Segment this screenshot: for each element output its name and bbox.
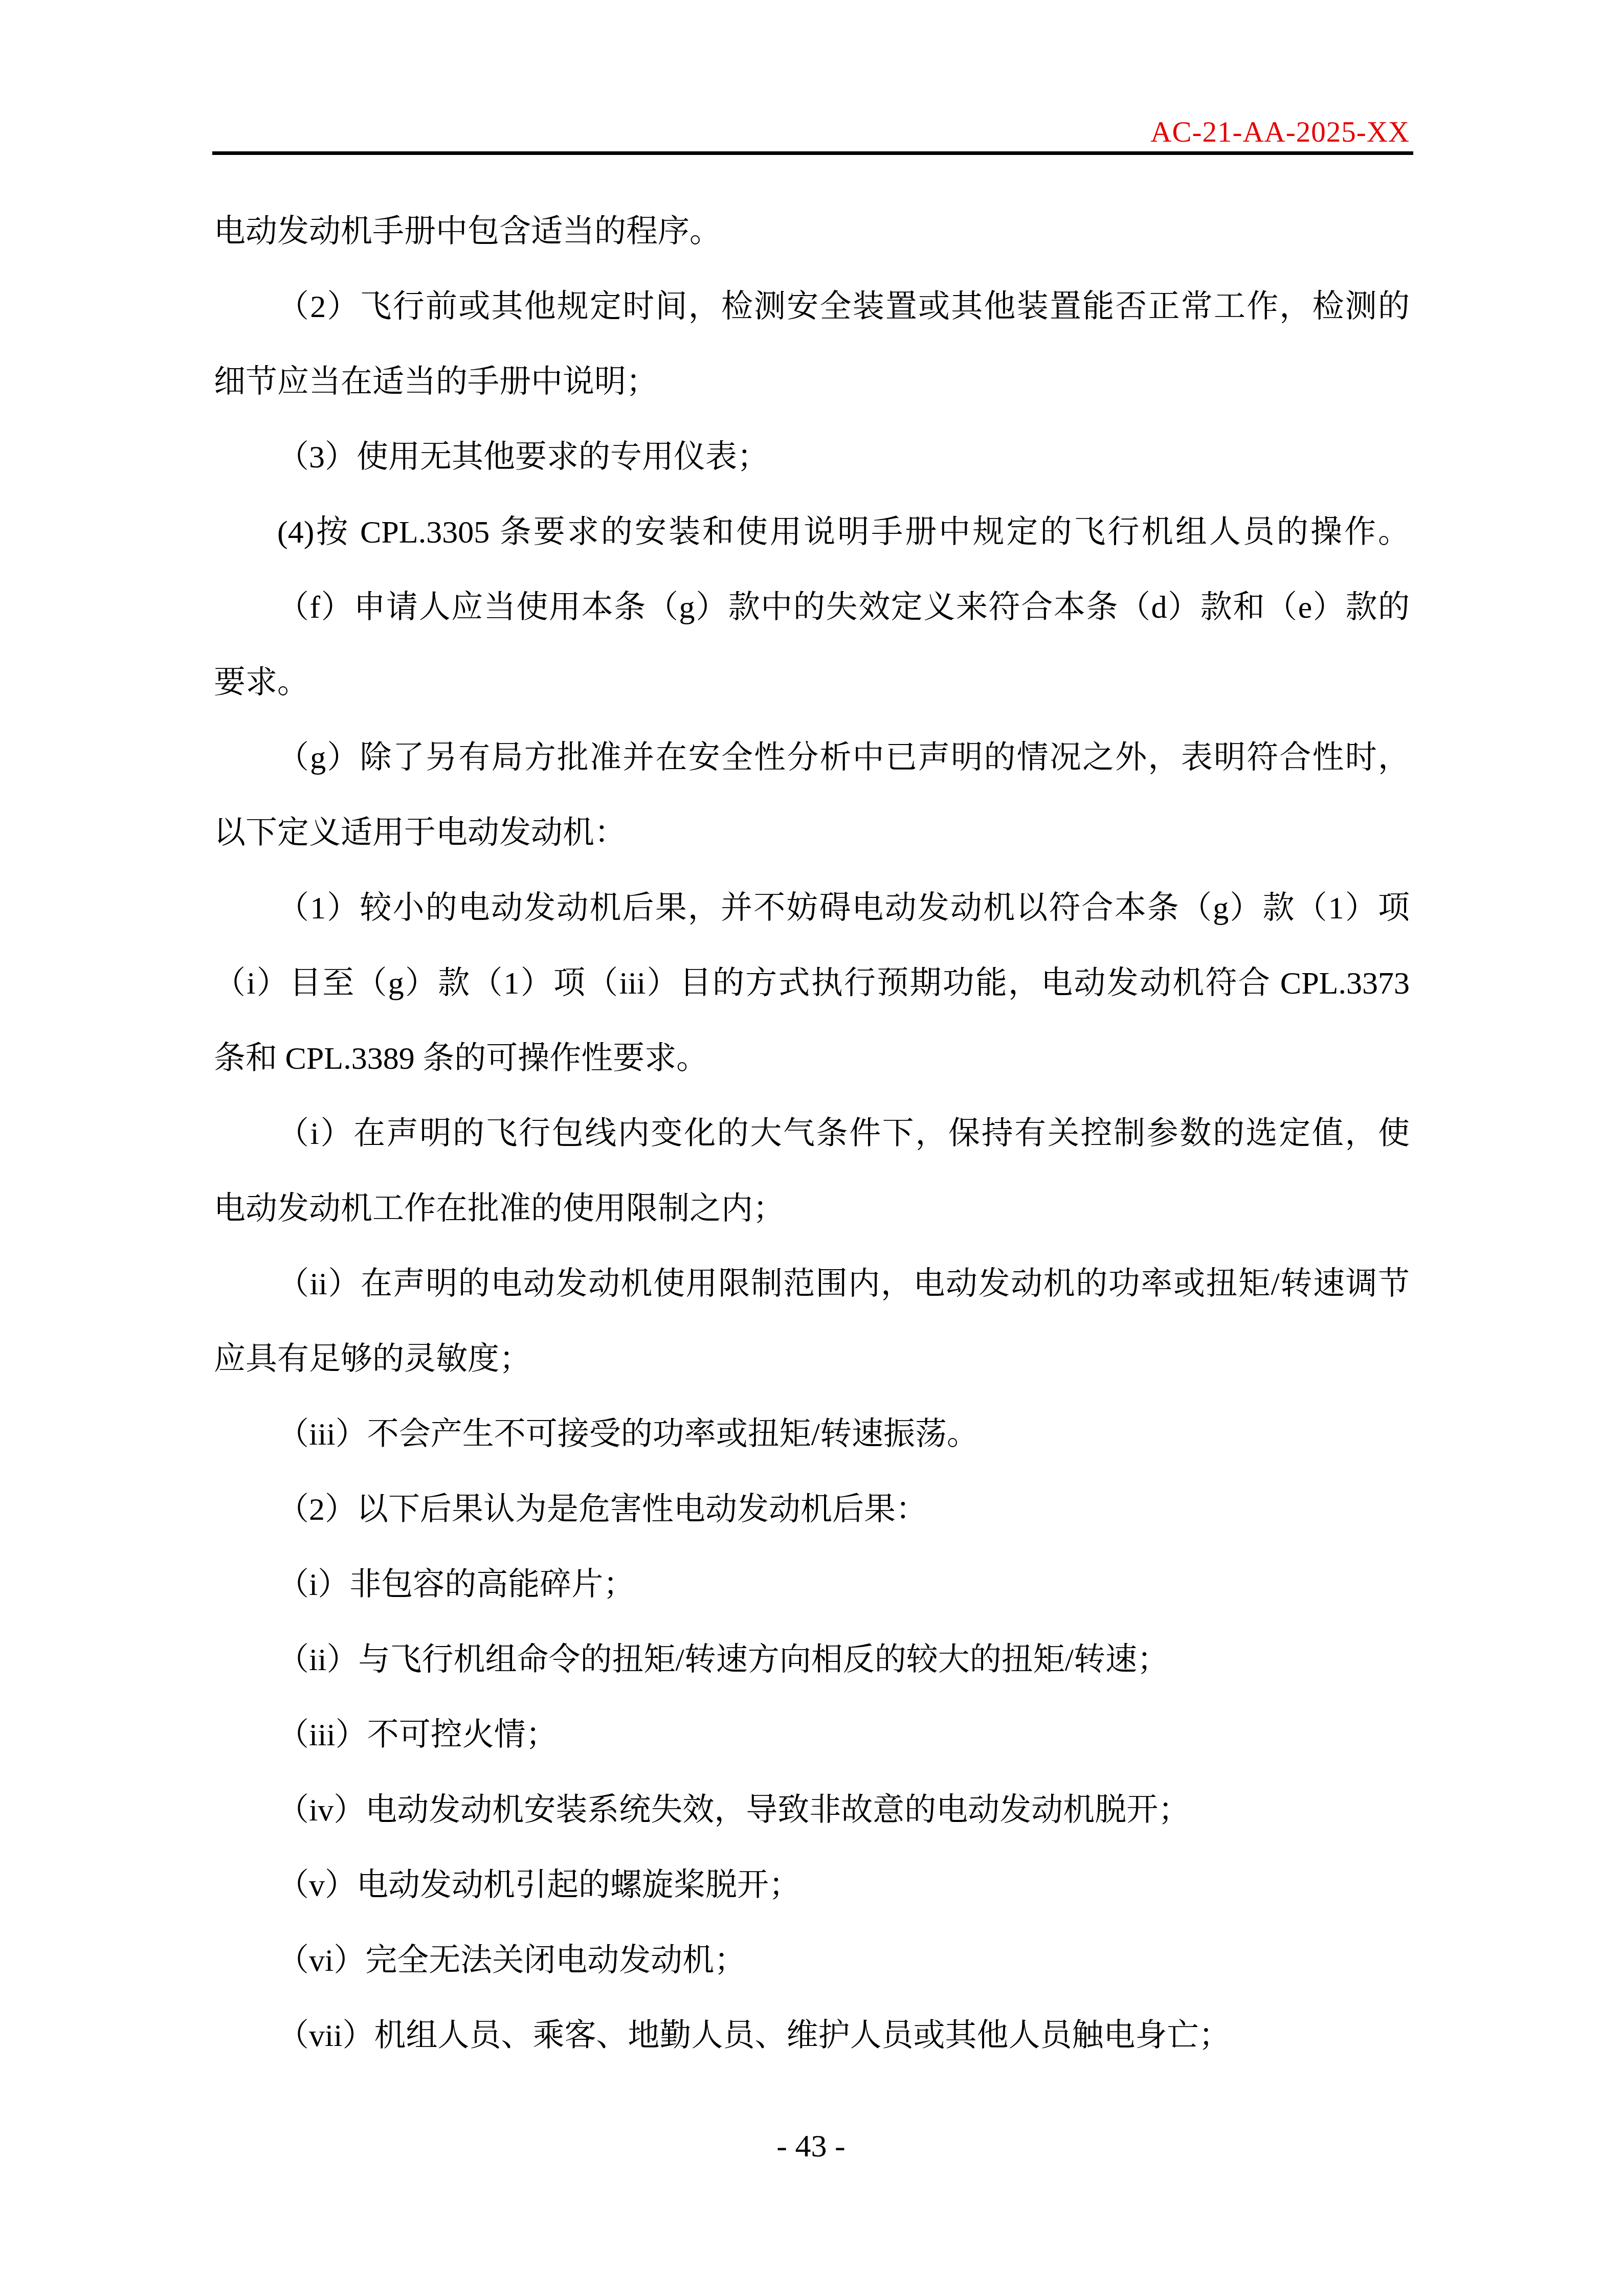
text-line: （2）以下后果认为是危害性电动发动机后果： bbox=[214, 1472, 1410, 1547]
document-page: { "document": { "header": { "doc_number"… bbox=[0, 0, 1624, 2296]
text-line: (4)按 CPL.3305 条要求的安装和使用说明手册中规定的飞行机组人员的操作… bbox=[214, 495, 1410, 570]
text-line: （2）飞行前或其他规定时间，检测安全装置或其他装置能否正常工作，检测的 bbox=[214, 269, 1410, 345]
text-line: （3）使用无其他要求的专用仪表； bbox=[214, 420, 1410, 495]
text-line: （vi）完全无法关闭电动发动机； bbox=[214, 1923, 1410, 1998]
page-footer: - 43 - bbox=[212, 2123, 1410, 2169]
text-line: （iv）电动发动机安装系统失效，导致非故意的电动发动机脱开； bbox=[214, 1773, 1410, 1848]
text-line: （g）除了另有局方批准并在安全性分析中已声明的情况之外，表明符合性时， bbox=[214, 721, 1410, 796]
text-line: （1）较小的电动发动机后果，并不妨碍电动发动机以符合本条（g）款（1）项 bbox=[214, 871, 1410, 946]
text-line: 细节应当在适当的手册中说明； bbox=[214, 345, 1410, 420]
text-line: 条和 CPL.3389 条的可操作性要求。 bbox=[214, 1021, 1410, 1096]
doc-number: AC-21-AA-2025-XX bbox=[1150, 116, 1410, 148]
text-line: 电动发动机工作在批准的使用限制之内； bbox=[214, 1172, 1410, 1247]
text-line: （ii）与飞行机组命令的扭矩/转速方向相反的较大的扭矩/转速； bbox=[214, 1623, 1410, 1698]
text-line: （i）目至（g）款（1）项（iii）目的方式执行预期功能，电动发动机符合 CPL… bbox=[214, 946, 1410, 1021]
text-line: （iii）不可控火情； bbox=[214, 1698, 1410, 1773]
document-body: 电动发动机手册中包含适当的程序。（2）飞行前或其他规定时间，检测安全装置或其他装… bbox=[214, 194, 1410, 2074]
text-line: 要求。 bbox=[214, 645, 1410, 721]
text-line: （i）非包容的高能碎片； bbox=[214, 1547, 1410, 1623]
document-header: AC-21-AA-2025-XX bbox=[212, 117, 1410, 148]
text-line: （iii）不会产生不可接受的功率或扭矩/转速振荡。 bbox=[214, 1397, 1410, 1472]
text-line: （ii）在声明的电动发动机使用限制范围内，电动发动机的功率或扭矩/转速调节 bbox=[214, 1247, 1410, 1322]
text-line: （i）在声明的飞行包线内变化的大气条件下，保持有关控制参数的选定值，使 bbox=[214, 1096, 1410, 1172]
text-line: 应具有足够的灵敏度； bbox=[214, 1322, 1410, 1397]
text-line: 电动发动机手册中包含适当的程序。 bbox=[214, 194, 1410, 269]
page-number: - 43 - bbox=[776, 2129, 845, 2164]
text-line: （vii）机组人员、乘客、地勤人员、维护人员或其他人员触电身亡； bbox=[214, 1998, 1410, 2074]
text-line: 以下定义适用于电动发动机： bbox=[214, 796, 1410, 871]
header-rule bbox=[212, 151, 1413, 155]
text-line: （v）电动发动机引起的螺旋桨脱开； bbox=[214, 1848, 1410, 1923]
text-line: （f）申请人应当使用本条（g）款中的失效定义来符合本条（d）款和（e）款的 bbox=[214, 570, 1410, 645]
